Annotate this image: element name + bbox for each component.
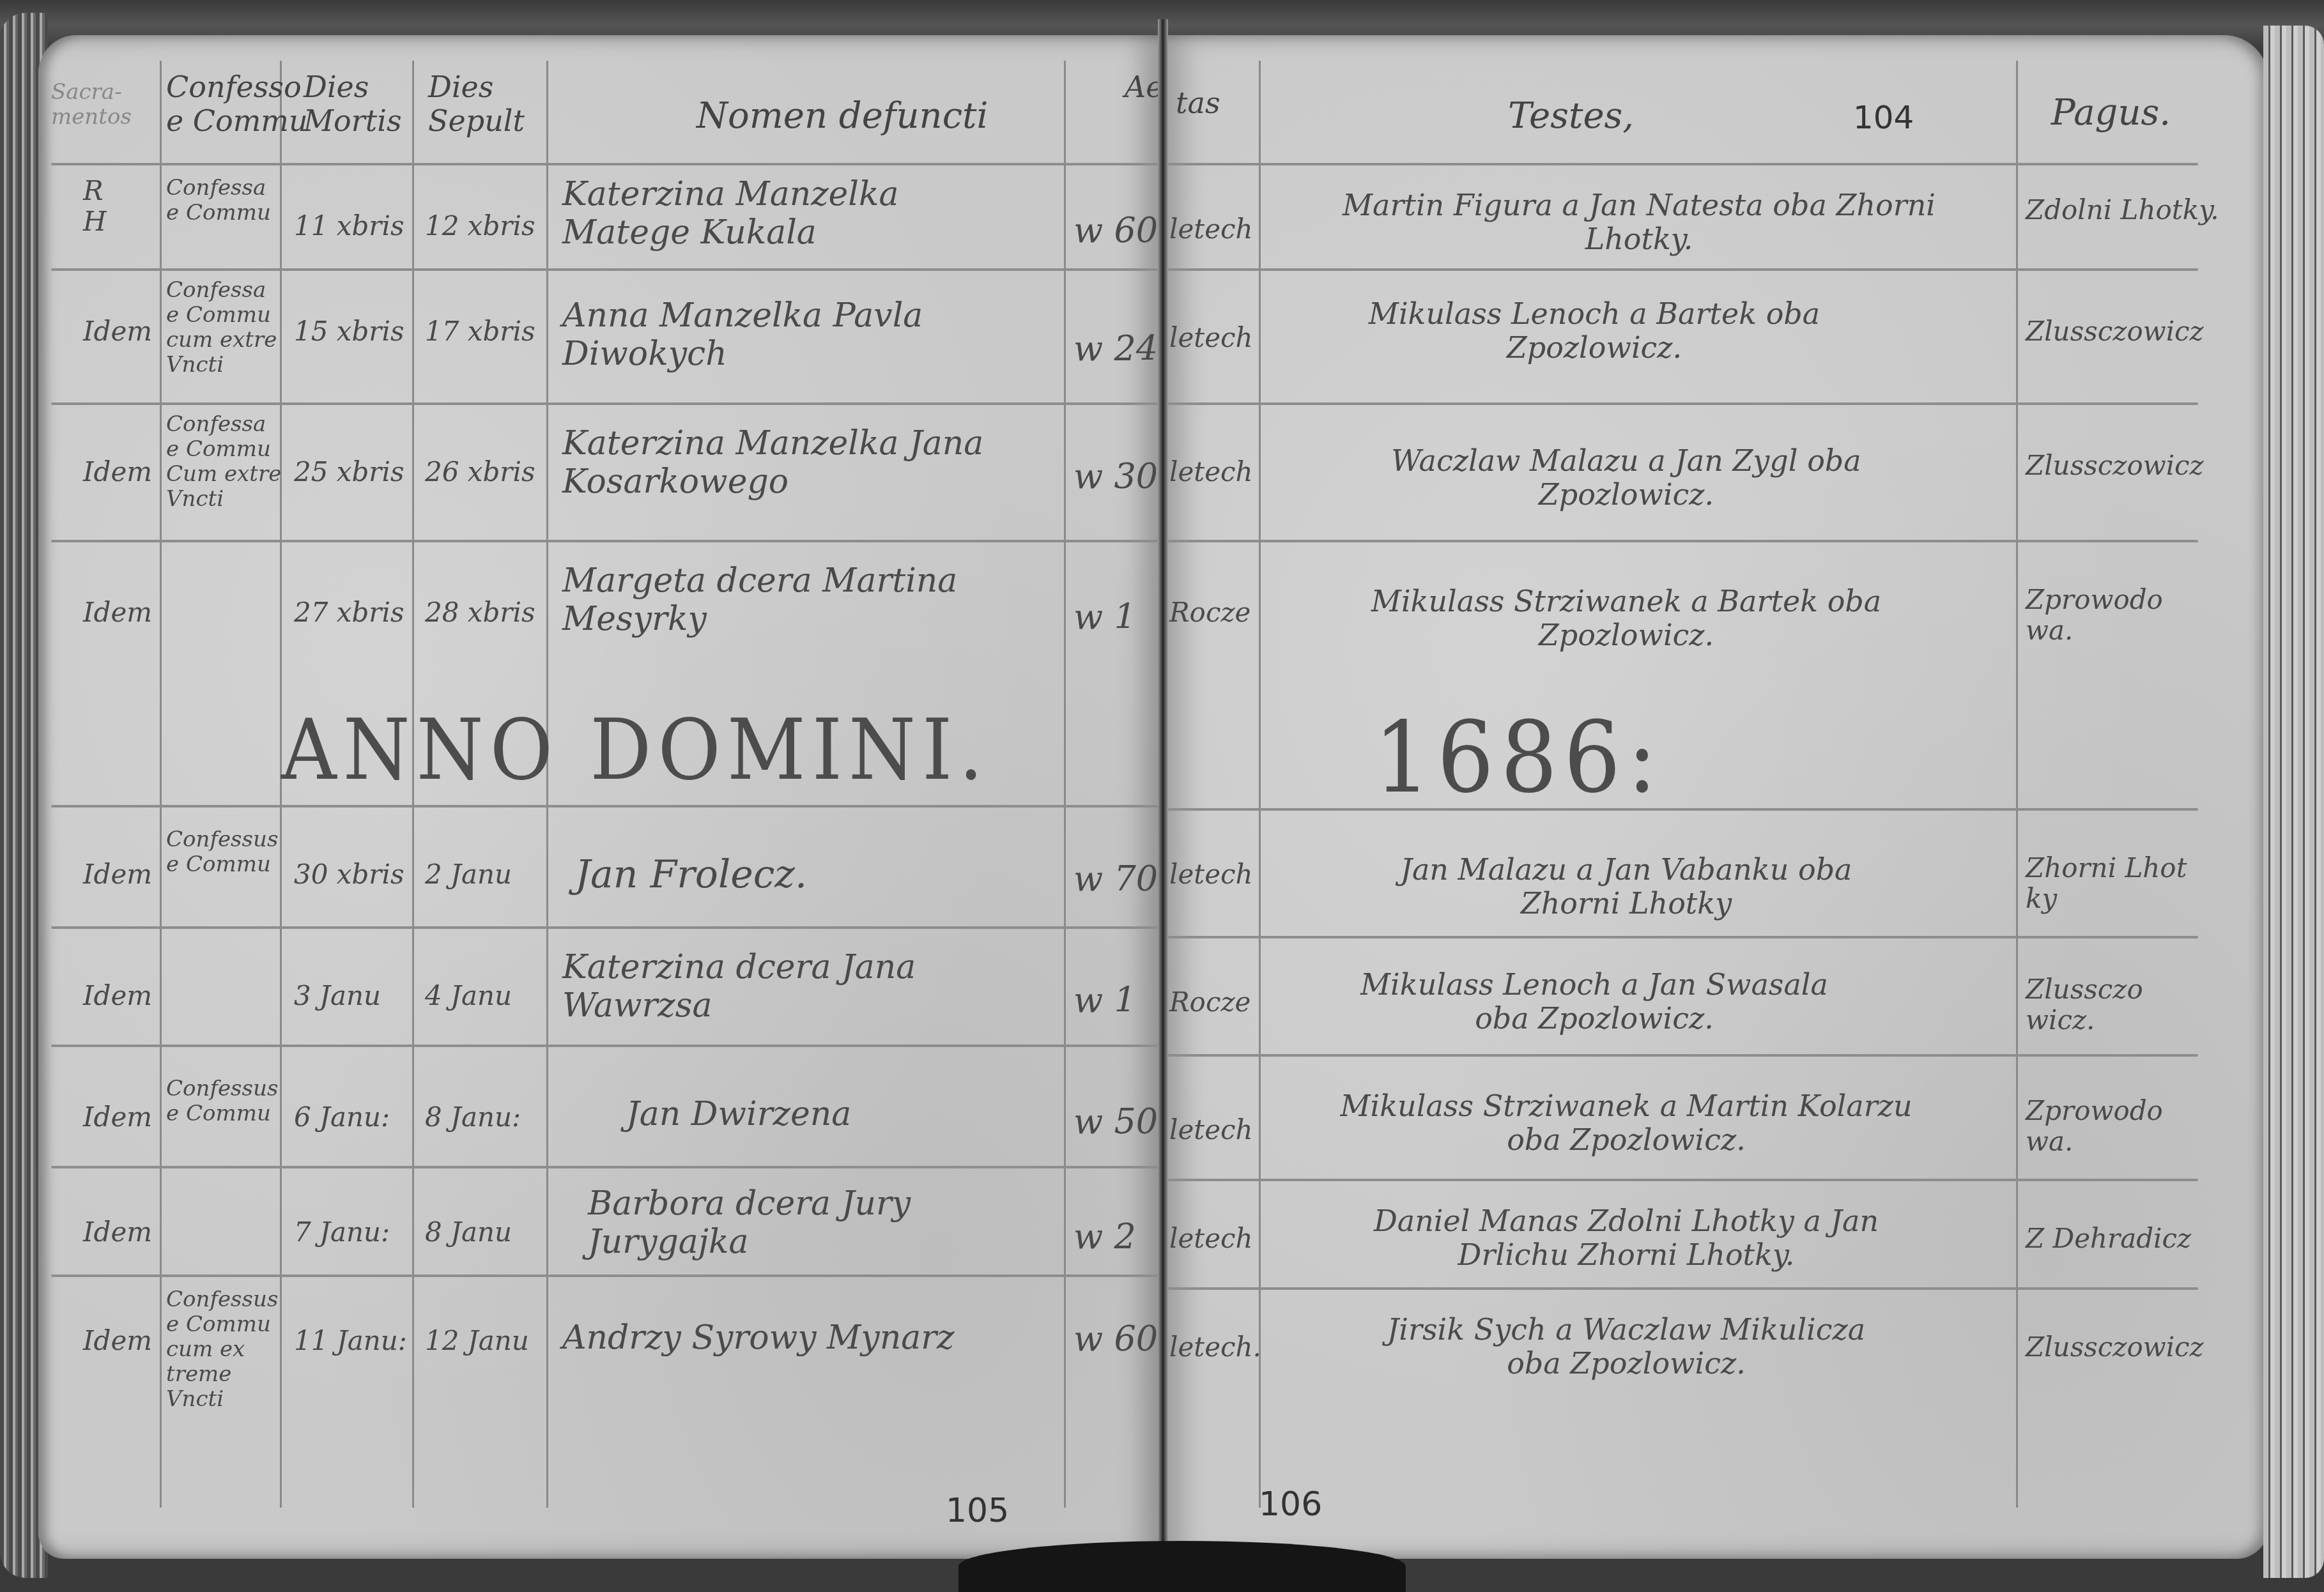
- entry-age-unit: letech: [1169, 457, 1253, 487]
- entry-dies-mortis: 15 xbris: [294, 316, 404, 347]
- year-heading-1686: 1686:: [1374, 701, 1663, 815]
- row-rule: [51, 540, 1163, 542]
- entry-nomen: Anna Manzelka Pavla Diwokych: [562, 297, 923, 374]
- entry-dies-sepulturae: 12 Janu: [425, 1326, 529, 1356]
- entry-note: Idem: [83, 597, 152, 628]
- entry-pagus: Zlussczowicz: [2026, 316, 2204, 347]
- entry-testes: Mikulass Strziwanek a Bartek oba Zpozlow…: [1275, 585, 1978, 652]
- entry-age-number: w 60: [1074, 1319, 1158, 1359]
- entry-nomen: Katerzina Manzelka Jana Kosarkowego: [562, 425, 983, 501]
- entry-dies-mortis: 6 Janu:: [294, 1102, 390, 1133]
- entry-age-number: w 50: [1074, 1102, 1158, 1142]
- entry-dies-sepulturae: 28 xbris: [425, 597, 535, 628]
- row-rule: [1163, 1287, 2198, 1290]
- entry-nomen: Margeta dcera Martina Mesyrky: [562, 562, 957, 639]
- entry-note: Idem: [83, 316, 152, 347]
- row-rule: [51, 163, 1163, 165]
- entry-pagus: Zlussczowicz: [2026, 450, 2204, 481]
- entry-pagus: Zlussczo wicz.: [2026, 974, 2143, 1036]
- left-page: Sacra- mentos Confesso e Commu Dies Mort…: [38, 35, 1163, 1559]
- entry-dies-sepulturae: 8 Janu: [425, 1217, 512, 1248]
- entry-dies-mortis: 11 Janu:: [294, 1326, 407, 1356]
- entry-sacrament: Confessus e Commu: [166, 1076, 278, 1126]
- row-rule: [51, 402, 1163, 405]
- entry-testes: Jan Malazu a Jan Vabanku oba Zhorni Lhot…: [1275, 853, 1978, 921]
- entry-sacrament: Confessa e Commu cum extre Vncti: [166, 278, 277, 378]
- row-rule: [51, 926, 1163, 929]
- column-rule: [160, 61, 162, 1508]
- column-rule: [1064, 61, 1066, 1508]
- entry-nomen: Andrzy Syrowy Mynarz: [562, 1319, 954, 1358]
- header-confessio: Confesso e Commu: [166, 70, 308, 138]
- entry-age-unit: letech.: [1169, 1332, 1261, 1363]
- entry-pagus: Zprowodo wa.: [2026, 1096, 2163, 1158]
- right-page: tas Testes, 104 Pagus. letech Martin Fig…: [1163, 35, 2268, 1559]
- entry-nomen: Katerzina Manzelka Matege Kukala: [562, 176, 898, 252]
- entry-dies-sepulturae: 17 xbris: [425, 316, 535, 347]
- row-rule: [1163, 808, 2198, 811]
- book-spine-gutter: [1158, 19, 1168, 1578]
- entry-testes: Mikulass Lenoch a Jan Swasala oba Zpozlo…: [1275, 968, 1914, 1036]
- row-rule: [51, 1045, 1163, 1047]
- entry-age-number: w 24: [1074, 329, 1158, 369]
- header-pagus: Pagus.: [2051, 93, 2171, 134]
- entry-nomen: Jan Frolecz.: [575, 853, 807, 897]
- entry-pagus: Zprowodo wa.: [2026, 585, 2163, 647]
- header-nomen-defuncti: Nomen defuncti: [696, 96, 988, 137]
- entry-age-unit: letech: [1169, 323, 1253, 353]
- entry-age-unit: letech: [1169, 1223, 1253, 1254]
- header-dies-mortis: Dies Mortis: [304, 70, 402, 138]
- header-sacramentos: Sacra- mentos: [51, 80, 132, 130]
- entry-note: R H: [83, 176, 107, 238]
- row-rule: [1163, 1054, 2198, 1057]
- entry-note: Idem: [83, 859, 152, 890]
- register-book: Sacra- mentos Confesso e Commu Dies Mort…: [0, 0, 2324, 1592]
- row-rule: [51, 1166, 1163, 1168]
- entry-testes: Waczlaw Malazu a Jan Zygl oba Zpozlowicz…: [1275, 444, 1978, 512]
- entry-age-number: w 30: [1074, 457, 1158, 496]
- row-rule: [1163, 402, 2198, 405]
- entry-pagus: Zhorni Lhot ky: [2026, 853, 2187, 915]
- column-rule: [2016, 61, 2018, 1508]
- row-rule: [1163, 936, 2198, 938]
- entry-age-number: w 2: [1074, 1217, 1136, 1257]
- row-rule: [51, 805, 1163, 807]
- header-aetas: tas: [1176, 86, 1220, 120]
- page-number-right: 106: [1259, 1485, 1322, 1524]
- entry-dies-mortis: 25 xbris: [294, 457, 404, 487]
- entry-note: Idem: [83, 457, 152, 487]
- entry-testes: Mikulass Strziwanek a Martin Kolarzu oba…: [1275, 1089, 1978, 1157]
- header-dies-sepulturae: Dies Sepult: [428, 70, 525, 138]
- entry-nomen: Barbora dcera Jury Jurygajka: [588, 1185, 911, 1262]
- entry-sacrament: Confessa e Commu: [166, 176, 271, 226]
- entry-age-unit: letech: [1169, 1115, 1253, 1145]
- row-rule: [1163, 1179, 2198, 1181]
- entry-age-unit: letech: [1169, 859, 1253, 890]
- entry-dies-sepulturae: 26 xbris: [425, 457, 535, 487]
- page-number-left: 105: [946, 1492, 1009, 1530]
- entry-pagus: Zdolni Lhotky.: [2026, 195, 2219, 226]
- entry-dies-mortis: 11 xbris: [294, 211, 404, 241]
- entry-dies-mortis: 7 Janu:: [294, 1217, 390, 1248]
- entry-age-number: w 1: [1074, 981, 1136, 1020]
- entry-note: Idem: [83, 981, 152, 1011]
- entry-dies-mortis: 30 xbris: [294, 859, 404, 890]
- entry-testes: Mikulass Lenoch a Bartek oba Zpozlowicz.: [1275, 297, 1914, 365]
- column-rule: [1259, 61, 1261, 1508]
- entry-sacrament: Confessus e Commu: [166, 827, 278, 877]
- entry-dies-sepulturae: 2 Janu: [425, 859, 512, 890]
- header-aetas-prefix: Ae-: [1125, 70, 1163, 104]
- entry-dies-sepulturae: 12 xbris: [425, 211, 535, 241]
- row-rule: [1163, 540, 2198, 542]
- binding-shadow: [958, 1541, 1406, 1592]
- entry-dies-mortis: 3 Janu: [294, 981, 381, 1011]
- row-rule: [51, 1274, 1163, 1277]
- right-page-edges: [2263, 26, 2324, 1578]
- entry-dies-sepulturae: 4 Janu: [425, 981, 512, 1011]
- entry-age-unit: Rocze: [1169, 987, 1250, 1018]
- entry-age-number: w 60: [1074, 211, 1158, 250]
- entry-age-unit: letech: [1169, 214, 1253, 245]
- entry-note: Idem: [83, 1326, 152, 1356]
- entry-testes: Martin Figura a Jan Natesta oba Zhorni L…: [1275, 188, 2003, 256]
- entry-dies-sepulturae: 8 Janu:: [425, 1102, 521, 1133]
- row-rule: [1163, 163, 2198, 165]
- year-heading-anno-domini: ANNO DOMINI.: [281, 701, 990, 799]
- entry-nomen: Jan Dwirzena: [626, 1096, 851, 1134]
- entry-age-number: w 1: [1074, 597, 1136, 637]
- entry-pagus: Z Dehradicz: [2026, 1223, 2191, 1254]
- header-testes: Testes,: [1508, 96, 1634, 137]
- entry-age-number: w 70: [1074, 859, 1158, 899]
- row-rule: [51, 268, 1163, 271]
- entry-sacrament: Confessa e Commu Cum extre Vncti: [166, 412, 281, 512]
- entry-note: Idem: [83, 1217, 152, 1248]
- entry-testes: Daniel Manas Zdolni Lhotky a Jan Drlichu…: [1275, 1204, 1978, 1272]
- entry-sacrament: Confessus e Commu cum ex treme Vncti: [166, 1287, 278, 1412]
- entry-testes: Jirsik Sych a Waczlaw Mikulicza oba Zpoz…: [1275, 1313, 1978, 1381]
- entry-nomen: Katerzina dcera Jana Wawrzsa: [562, 949, 916, 1025]
- row-rule: [1163, 268, 2198, 271]
- entry-dies-mortis: 27 xbris: [294, 597, 404, 628]
- entry-note: Idem: [83, 1102, 152, 1133]
- entry-age-unit: Rocze: [1169, 597, 1250, 628]
- folio-number: 104: [1853, 99, 1914, 136]
- entry-pagus: Zlussczowicz: [2026, 1332, 2204, 1363]
